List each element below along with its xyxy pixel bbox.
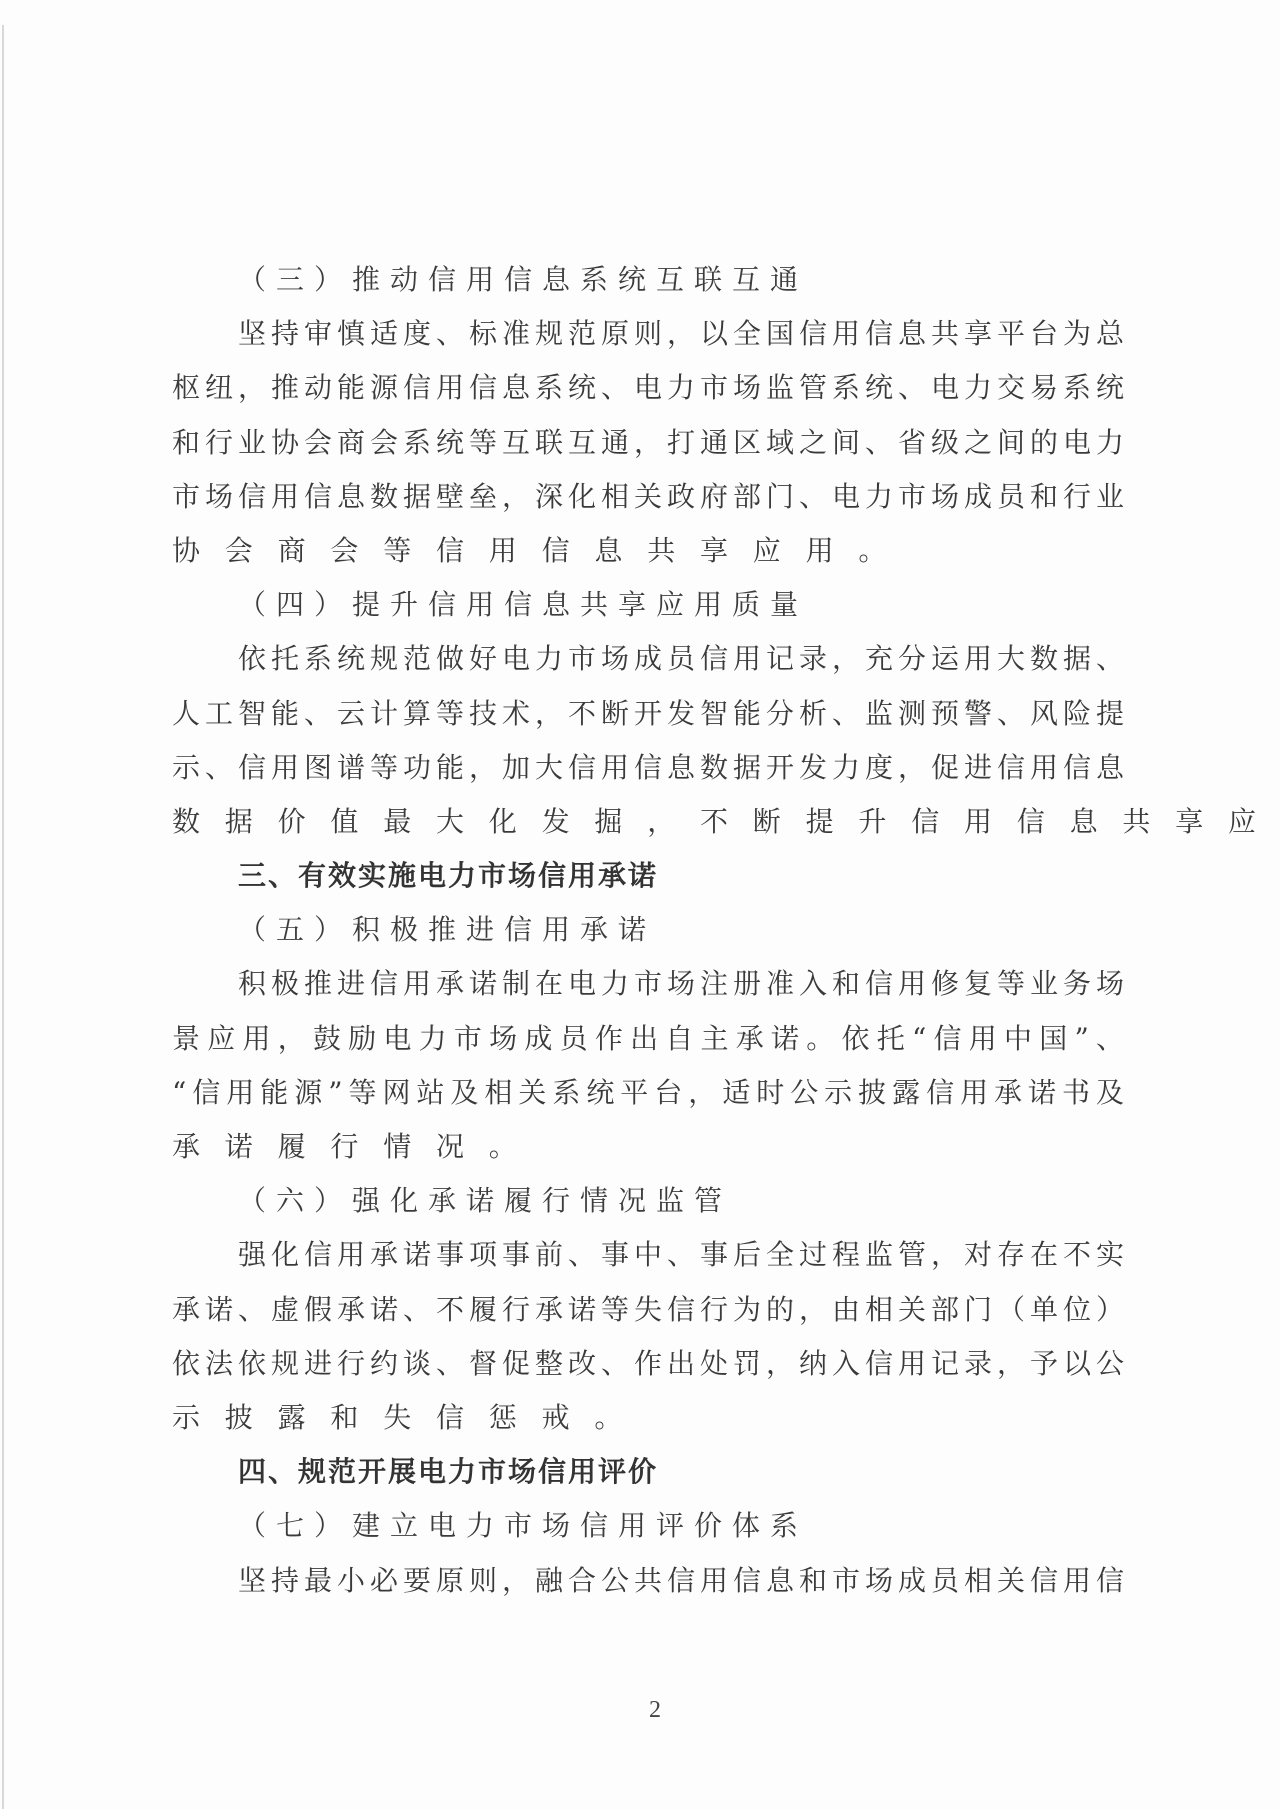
scan-edge-line	[2, 25, 4, 1809]
paragraph-line: 坚持审慎适度、标准规范原则，以全国信用信息共享平台为总	[172, 307, 1124, 361]
paragraph-line: 协会商会等信用信息共享应用。	[172, 524, 1124, 578]
paragraph-line: 市场信用信息数据壁垒，深化相关政府部门、电力市场成员和行业	[172, 470, 1124, 524]
paragraph-line: 承诺履行情况。	[172, 1120, 1124, 1174]
subsection-heading-7: （七）建立电力市场信用评价体系	[172, 1499, 1124, 1553]
paragraph-line: 人工智能、云计算等技术，不断开发智能分析、监测预警、风险提	[172, 687, 1124, 741]
paragraph-line: 承诺、虚假承诺、不履行承诺等失信行为的，由相关部门（单位）	[172, 1283, 1124, 1337]
paragraph-line: 依托系统规范做好电力市场成员信用记录，充分运用大数据、	[172, 632, 1124, 686]
subsection-heading-3: （三）推动信用信息系统互联互通	[172, 253, 1124, 307]
subsection-heading-4: （四）提升信用信息共享应用质量	[172, 578, 1124, 632]
section-heading-4: 四、规范开展电力市场信用评价	[172, 1445, 1124, 1499]
paragraph-line: 强化信用承诺事项事前、事中、事后全过程监管，对存在不实	[172, 1228, 1124, 1282]
paragraph-line: 坚持最小必要原则，融合公共信用信息和市场成员相关信用信	[172, 1554, 1124, 1608]
paragraph-line: 依法依规进行约谈、督促整改、作出处罚，纳入信用记录，予以公	[172, 1337, 1124, 1391]
section-heading-3: 三、有效实施电力市场信用承诺	[172, 849, 1124, 903]
paragraph-line: 枢纽，推动能源信用信息系统、电力市场监管系统、电力交易系统	[172, 361, 1124, 415]
paragraph-line: 示披露和失信惩戒。	[172, 1391, 1124, 1445]
paragraph-line: 和行业协会商会系统等互联互通，打通区域之间、省级之间的电力	[172, 416, 1124, 470]
page-number: 2	[643, 1697, 667, 1724]
paragraph-line: 景应用，鼓励电力市场成员作出自主承诺。依托“信用中国”、	[172, 1012, 1124, 1066]
paragraph-line: “信用能源”等网站及相关系统平台，适时公示披露信用承诺书及	[172, 1066, 1124, 1120]
paragraph-line: 数据价值最大化发掘，不断提升信用信息共享应用质量。	[172, 795, 1124, 849]
subsection-heading-5: （五）积极推进信用承诺	[172, 903, 1124, 957]
paragraph-line: 积极推进信用承诺制在电力市场注册准入和信用修复等业务场	[172, 957, 1124, 1011]
document-body: （三）推动信用信息系统互联互通 坚持审慎适度、标准规范原则，以全国信用信息共享平…	[172, 253, 1124, 1608]
subsection-heading-6: （六）强化承诺履行情况监管	[172, 1174, 1124, 1228]
paragraph-line: 示、信用图谱等功能，加大信用信息数据开发力度，促进信用信息	[172, 741, 1124, 795]
